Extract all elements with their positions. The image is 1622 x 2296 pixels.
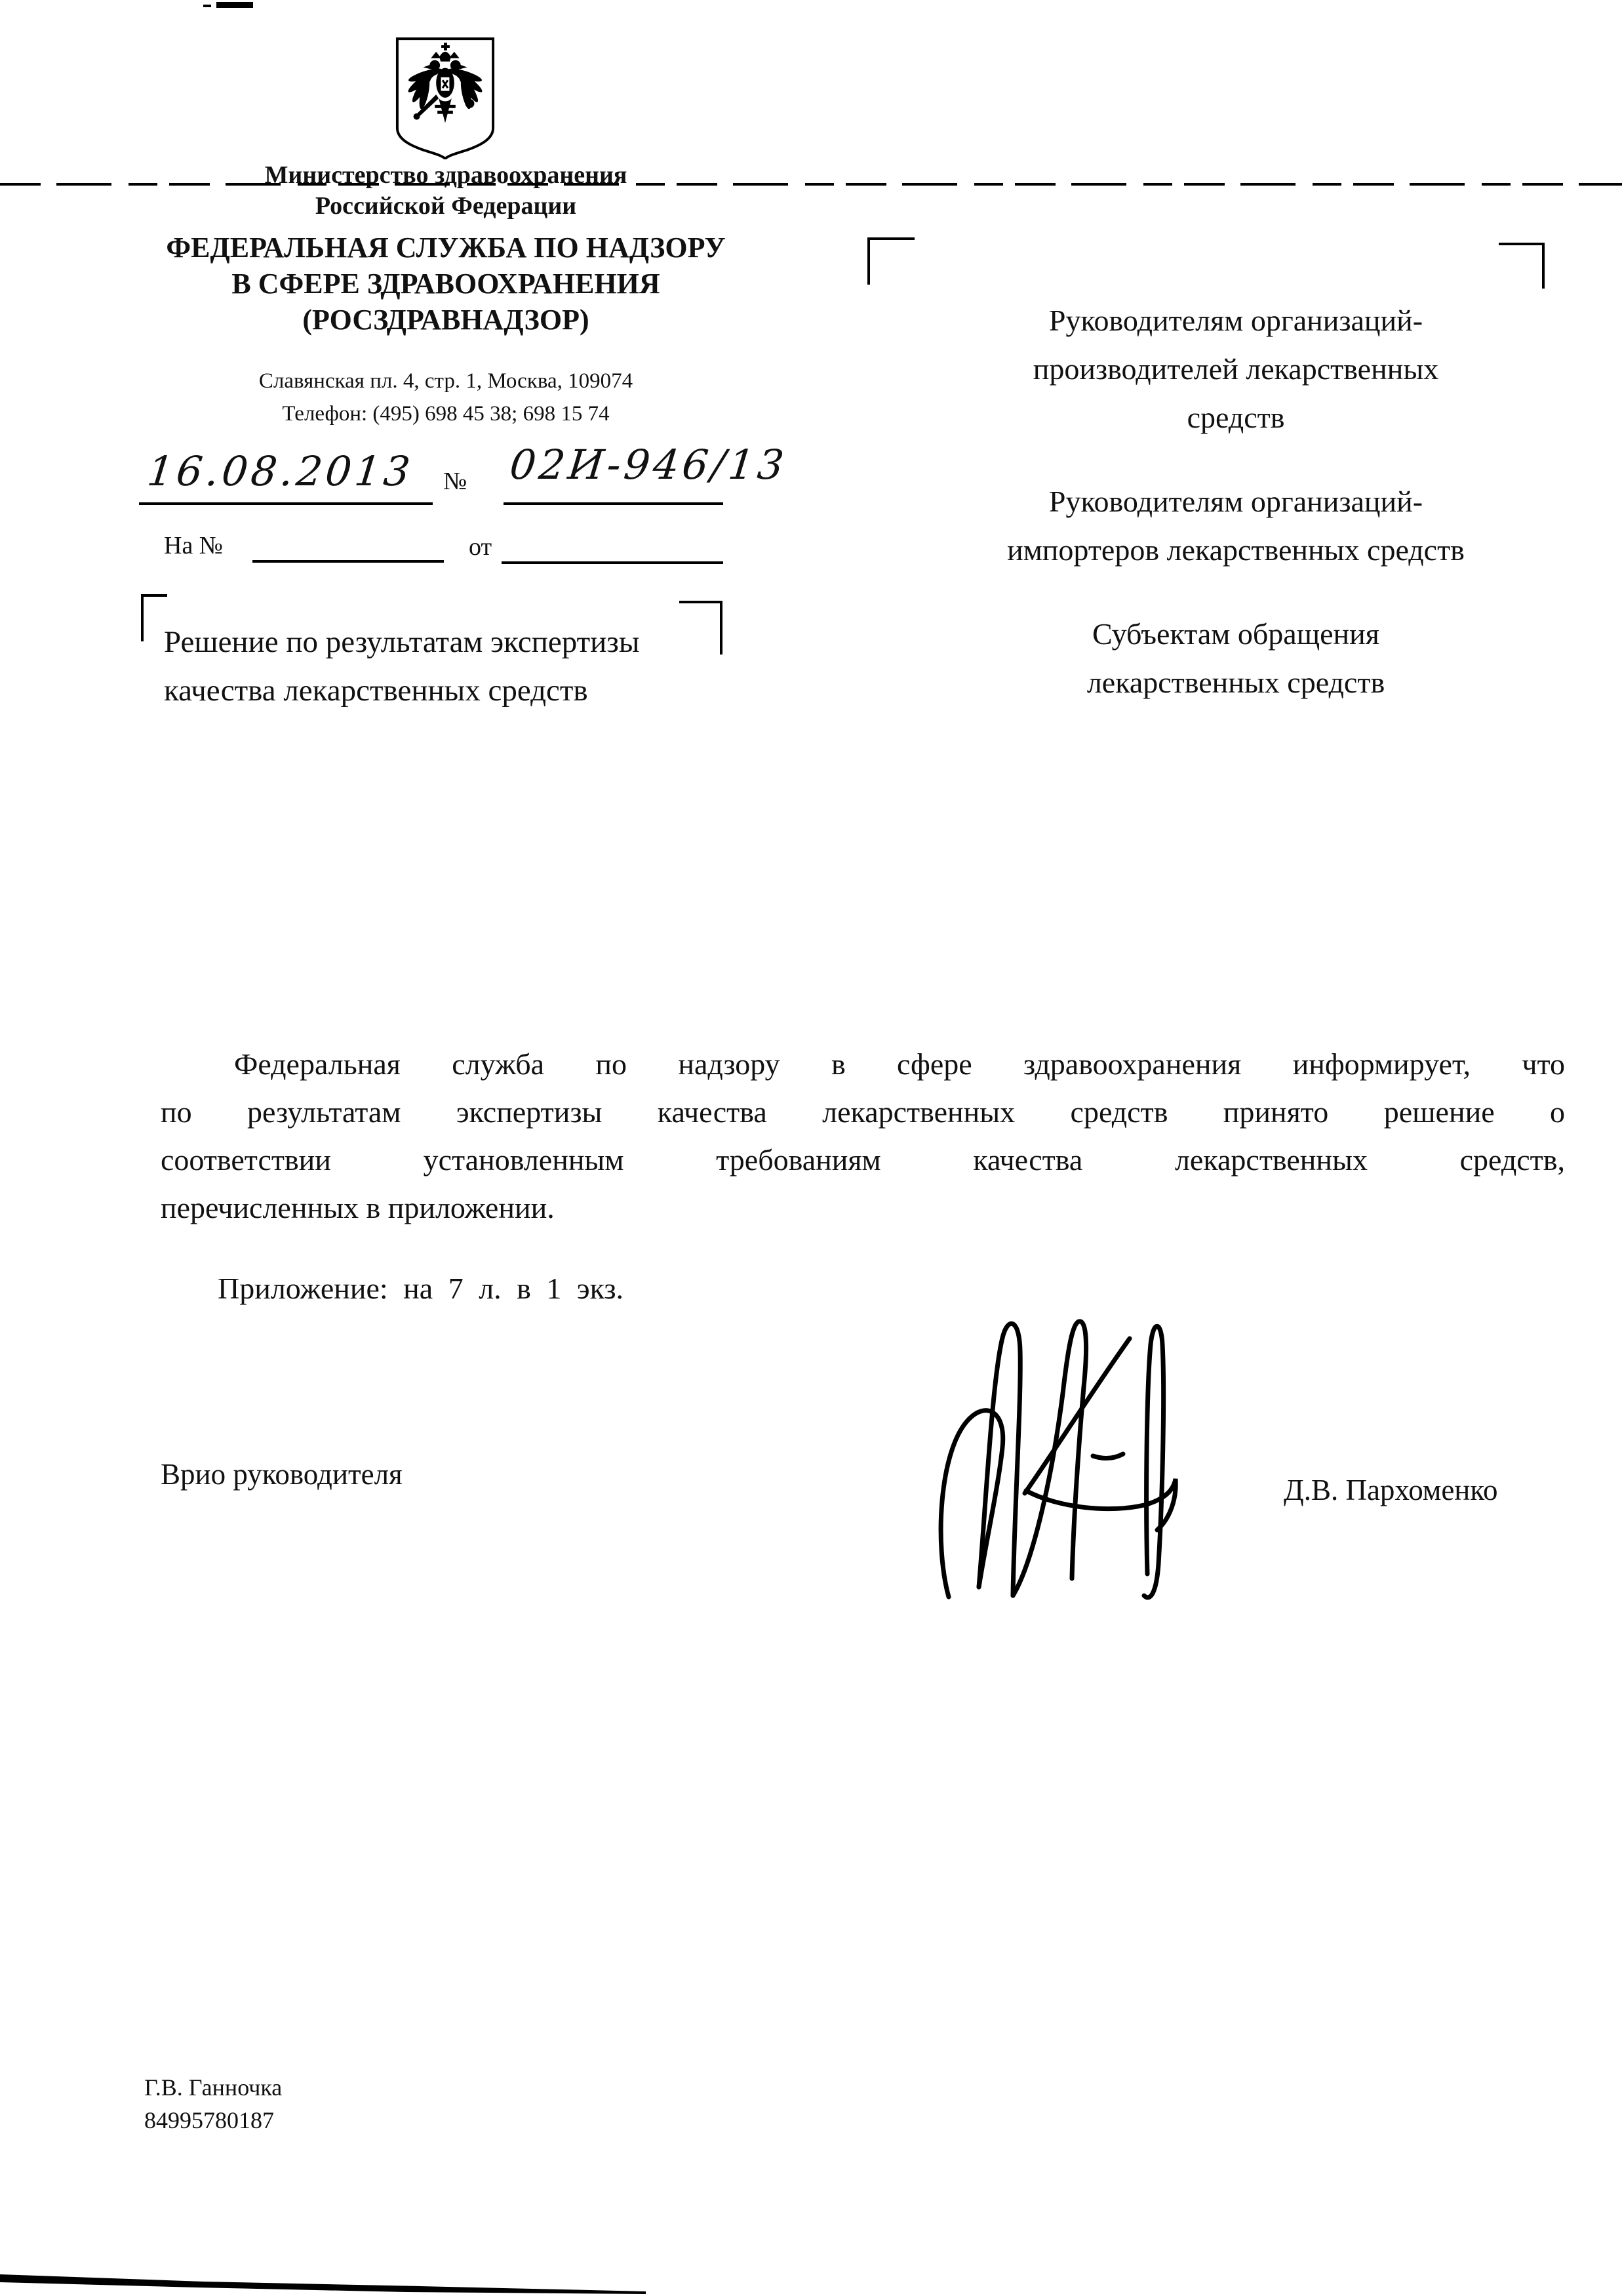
number-underline	[504, 502, 723, 505]
addressee-line: лекарственных средств	[898, 658, 1573, 707]
addressees-block: Руководителям организаций- производителе…	[898, 296, 1573, 742]
agency-line-3: (РОСЗДРАВНАДЗОР)	[79, 302, 813, 338]
ministry-line-2: Российской Федерации	[79, 191, 813, 222]
agency-phone: Телефон: (495) 698 45 38; 698 15 74	[79, 397, 813, 430]
reply-from-label: от	[469, 533, 492, 561]
subject-line-1: Решение по результатам экспертизы	[164, 618, 754, 666]
subject-block: Решение по результатам экспертизы качест…	[164, 618, 754, 715]
agency-line-1: ФЕДЕРАЛЬНАЯ СЛУЖБА ПО НАДЗОРУ	[79, 230, 813, 266]
addressee-group-importers: Руководителям организаций- импортеров ле…	[898, 477, 1573, 574]
addressee-bracket-left-horizontal	[867, 237, 915, 240]
handwritten-signature-icon	[915, 1282, 1223, 1610]
addressee-group-circulation-subjects: Субъектам обращения лекарственных средст…	[898, 610, 1573, 707]
addressee-line: Руководителям организаций-	[898, 296, 1573, 345]
addressee-bracket-right-vertical	[1542, 243, 1545, 289]
agency-address: Славянская пл. 4, стр. 1, Москва, 109074	[79, 365, 813, 397]
scanned-letter-page: Министерство здравоохранения Российской …	[0, 0, 1622, 2296]
agency-line-2: В СФЕРЕ ЗДРАВООХРАНЕНИЯ	[79, 266, 813, 302]
body-line: по результатам экспертизы качества лекар…	[161, 1088, 1565, 1136]
agency-contacts: Славянская пл. 4, стр. 1, Москва, 109074…	[79, 365, 813, 430]
executor-contact: Г.В. Ганночка 84995780187	[144, 2071, 282, 2137]
reply-number-blank	[252, 560, 444, 563]
scan-artifact-bottom-streak	[0, 2263, 649, 2296]
number-sign-label: №	[443, 467, 467, 496]
signer-name: Д.В. Пархоменко	[1284, 1473, 1497, 1507]
executor-phone: 84995780187	[144, 2104, 282, 2137]
date-underline	[139, 502, 433, 505]
body-line: соответствии установленным требованиям к…	[161, 1136, 1565, 1184]
ministry-name: Министерство здравоохранения Российской …	[79, 160, 813, 222]
subject-bracket-right-horizontal	[679, 601, 722, 603]
addressee-bracket-right-horizontal	[1499, 243, 1545, 245]
reply-to-label: На №	[164, 531, 223, 560]
addressee-line: производителей лекарственных	[898, 345, 1573, 393]
addressee-line: импортеров лекарственных средств	[898, 526, 1573, 574]
scan-artifact-top-dot	[203, 5, 211, 7]
subject-bracket-left-vertical	[141, 594, 144, 641]
subject-bracket-left-horizontal	[141, 594, 167, 597]
addressee-bracket-left-vertical	[867, 237, 870, 285]
letter-number-handwritten: 02И-946/13	[507, 441, 789, 489]
addressee-line: Субъектам обращения	[898, 610, 1573, 658]
attachment-note: Приложение: на 7 л. в 1 экз.	[218, 1271, 623, 1306]
russian-coat-of-arms-icon	[393, 36, 497, 159]
body-paragraph: Федеральная служба по надзору в сфере зд…	[161, 1040, 1565, 1232]
scan-artifact-top-dash	[216, 2, 253, 8]
letter-date-handwritten: 16.08.2013	[145, 447, 416, 495]
executor-name: Г.В. Ганночка	[144, 2071, 282, 2104]
signer-position: Врио руководителя	[161, 1457, 403, 1491]
body-line: перечисленных в приложении.	[161, 1184, 1565, 1232]
addressee-line: Руководителям организаций-	[898, 477, 1573, 526]
subject-line-2: качества лекарственных средств	[164, 666, 754, 715]
addressee-line: средств	[898, 393, 1573, 442]
ministry-line-1: Министерство здравоохранения	[79, 160, 813, 191]
agency-name: ФЕДЕРАЛЬНАЯ СЛУЖБА ПО НАДЗОРУ В СФЕРЕ ЗД…	[79, 230, 813, 338]
body-line: Федеральная служба по надзору в сфере зд…	[161, 1040, 1565, 1088]
addressee-group-manufacturers: Руководителям организаций- производителе…	[898, 296, 1573, 442]
reply-date-blank	[502, 561, 723, 564]
dashed-rule	[0, 183, 1622, 186]
